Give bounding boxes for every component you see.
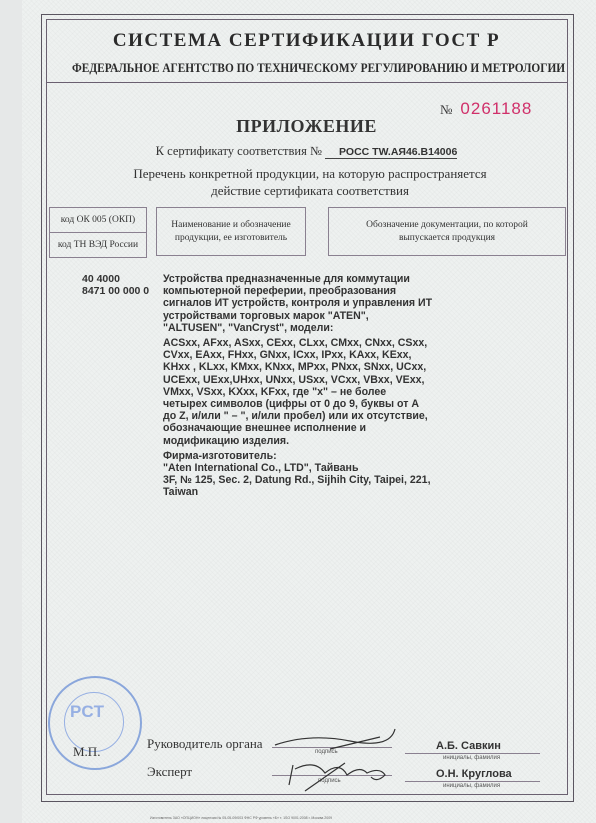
certificate-number: РОСС TW.АЯ46.В14006	[325, 146, 457, 159]
expert-name: О.Н. Круглова	[436, 768, 512, 780]
manufacturer-address: 3F, № 125, Sec. 2, Datung Rd., Sijhih Ci…	[163, 474, 433, 498]
system-title: СИСТЕМА СЕРТИФИКАЦИИ ГОСТ Р	[46, 30, 567, 52]
list-title-line2: действие сертификата соответствия	[100, 182, 520, 199]
expert-signature-icon	[285, 755, 395, 795]
header-code-okp: код ОК 005 (ОКП)	[49, 207, 147, 233]
product-codes: 40 4000 8471 00 000 0	[82, 273, 149, 297]
agency-subtitle: ФЕДЕРАЛЬНОЕ АГЕНТСТВО ПО ТЕХНИЧЕСКОМУ РЕ…	[72, 61, 541, 76]
seal-place-label: М.П.	[73, 744, 100, 760]
printer-footer: Изготовитель ЗАО «ОПЦИОН» лицензия № 05-…	[150, 816, 332, 820]
list-title: Перечень конкретной продукции, на котору…	[100, 165, 520, 199]
appendix-title: ПРИЛОЖЕНИЕ	[46, 116, 567, 137]
expert-label: Эксперт	[147, 764, 192, 780]
head-signature-icon	[270, 725, 400, 755]
code-tnved-value: 8471 00 000 0	[82, 285, 149, 297]
manufacturer-label: Фирма-изготовитель:	[163, 450, 433, 462]
head-name: А.Б. Савкин	[436, 740, 501, 752]
certificate-reference: К сертификату соответствия № РОСС TW.АЯ4…	[46, 144, 567, 159]
header-documentation: Обозначение документации, по которой вып…	[328, 207, 566, 256]
serial-label: №	[440, 102, 452, 117]
product-description: Устройства предназначенные для коммутаци…	[163, 273, 433, 499]
manufacturer-name: "Aten International Co., LTD", Тайвань	[163, 462, 433, 474]
models-list: ACSxx, AFxx, ASxx, CExx, CLxx, CMxx, CNx…	[163, 337, 433, 447]
list-title-line1: Перечень конкретной продукции, на котору…	[100, 165, 520, 182]
code-okp-value: 40 4000	[82, 273, 149, 285]
head-of-body-label: Руководитель органа	[147, 736, 263, 752]
header-divider	[46, 82, 567, 83]
head-name-caption: инициалы, фамилия	[443, 755, 500, 761]
header-product: Наименование и обозначение продукции, ее…	[156, 207, 306, 256]
certificate-prefix: К сертификату соответствия №	[156, 144, 322, 158]
head-name-line	[405, 753, 540, 754]
rst-logo-icon: PCT	[70, 702, 104, 722]
scan-edge	[0, 0, 22, 823]
header-code-tnved: код ТН ВЭД России	[49, 232, 147, 258]
expert-name-caption: инициалы, фамилия	[443, 783, 500, 789]
stamp-inner-ring	[64, 692, 124, 752]
description-text: Устройства предназначенные для коммутаци…	[163, 273, 433, 334]
expert-name-line	[405, 781, 540, 782]
